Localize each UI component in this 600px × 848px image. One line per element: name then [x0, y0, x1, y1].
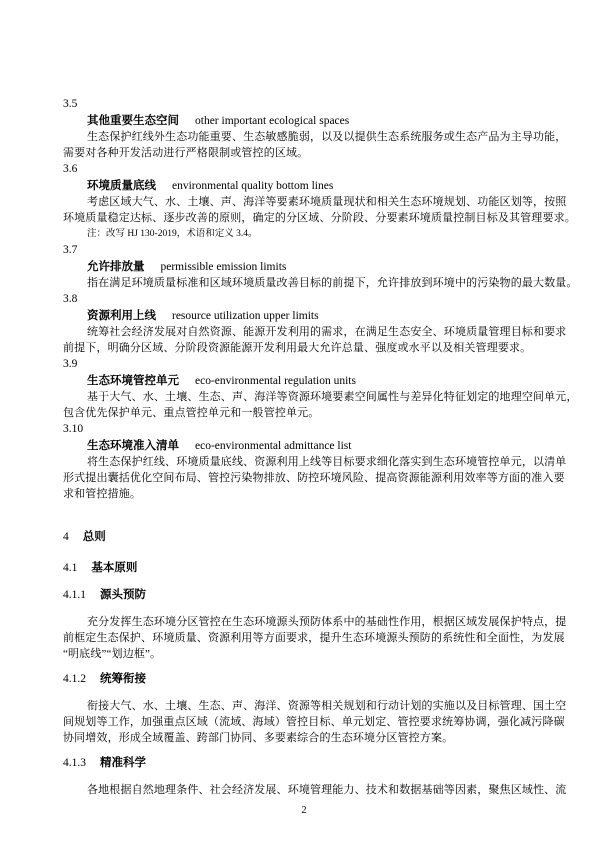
definition-line: 统筹社会经济发展对自然资源、能源开发利用的需求，在满足生态安全、环境质量管理目标…	[63, 324, 545, 340]
term-zh: 资源利用上线	[87, 310, 156, 322]
term-en: eco-environmental regulation units	[195, 375, 356, 387]
chapter-title: 总则	[83, 531, 106, 543]
section-title: 基本原则	[91, 562, 137, 574]
definition-line: 将生态保护红线、环境质量底线、资源利用上线等目标要求细化落实到生态环境管控单元，…	[63, 454, 545, 470]
subsection-heading: 4.1.1 源头预防	[63, 586, 545, 603]
term-zh: 生态环境准入清单	[87, 440, 179, 452]
clause-number: 3.8	[63, 291, 545, 307]
term-en: eco-environmental admittance list	[195, 440, 351, 452]
section-number: 4.1	[63, 562, 77, 574]
subsection-heading: 4.1.3 精准科学	[63, 754, 545, 771]
term-section-3-10: 3.10 生态环境准入清单 eco-environmental admittan…	[63, 421, 545, 502]
clause-number: 3.6	[63, 161, 545, 177]
definition-line: 基于大气、水、土壤、生态、声、海洋等资源环境要素空间属性与差异化特征划定的地理空…	[63, 389, 545, 405]
definition-line: 形式提出囊括优化空间布局、管控污染物排放、防控环境风险、提高资源能源利用效率等方…	[63, 470, 545, 486]
definition-line: 求和管控措施。	[63, 486, 545, 502]
subsection-title: 统筹衔接	[100, 673, 146, 685]
document-page: 3.5 其他重要生态空间 other important ecological …	[0, 0, 600, 848]
subsection-number: 4.1.2	[63, 673, 86, 685]
body-line: 前框定生态保护、环境质量、资源利用等方面要求，提升生态环境源头预防的系统性和全面…	[63, 630, 545, 646]
clause-number: 3.10	[63, 421, 545, 437]
definition-line: 指在满足环境质量标准和区域环境质量改善目标的前提下，允许排放到环境中的污染物的最…	[63, 275, 545, 291]
subsection-number: 4.1.1	[63, 589, 86, 601]
section-heading: 4.1 基本原则	[63, 559, 545, 576]
term-en: resource utilization upper limits	[172, 310, 319, 322]
term-section-3-5: 3.5 其他重要生态空间 other important ecological …	[63, 96, 545, 161]
chapter-heading: 4 总则	[63, 528, 545, 545]
definition-line: 包含优先保护单元、重点管控单元和一般管控单元。	[63, 405, 545, 421]
definition-line: 环境质量稳定达标、逐步改善的原则，确定的分区域、分阶段、分要素环境质量控制目标及…	[63, 210, 545, 226]
definition-line: 需要对各种开发活动进行严格限制或管控的区域。	[63, 145, 545, 161]
term-heading: 生态环境管控单元 eco-environmental regulation un…	[63, 372, 545, 389]
term-heading: 资源利用上线 resource utilization upper limits	[63, 307, 545, 324]
term-heading: 其他重要生态空间 other important ecological spac…	[63, 112, 545, 129]
page-number: 2	[63, 805, 545, 816]
term-en: permissible emission limits	[161, 261, 287, 273]
term-en: other important ecological spaces	[195, 115, 349, 127]
body-line: 充分发挥生态环境分区管控在生态环境源头预防体系中的基础性作用，根据区域发展保护特…	[63, 614, 545, 630]
body-line: 协同增效，形成全域覆盖、跨部门协同、多要素综合的生态环境分区管控方案。	[63, 730, 545, 746]
term-zh: 允许排放量	[87, 261, 145, 273]
term-heading: 允许排放量 permissible emission limits	[63, 258, 545, 275]
definition-line: 生态保护红线外生态功能重要、生态敏感脆弱，以及以提供生态系统服务或生态产品为主导…	[63, 129, 545, 145]
subsection-title: 精准科学	[100, 757, 146, 769]
subsection-body: 充分发挥生态环境分区管控在生态环境源头预防体系中的基础性作用，根据区域发展保护特…	[63, 614, 545, 662]
subsection-title: 源头预防	[100, 589, 146, 601]
term-zh: 生态环境管控单元	[87, 375, 179, 387]
subsection-body: 衔接大气、水、土壤、生态、声、海洋、资源等相关规划和行动计划的实施以及目标管理、…	[63, 698, 545, 746]
definition-line: 考虑区域大气、水、土壤、声、海洋等要素环境质量现状和相关生态环境规划、功能区划等…	[63, 194, 545, 210]
subsection-number: 4.1.3	[63, 757, 86, 769]
term-heading: 环境质量底线 environmental quality bottom line…	[63, 177, 545, 194]
term-section-3-8: 3.8 资源利用上线 resource utilization upper li…	[63, 291, 545, 356]
subsection-heading: 4.1.2 统筹衔接	[63, 670, 545, 687]
term-zh: 其他重要生态空间	[87, 115, 179, 127]
body-line: 各地根据自然地理条件、社会经济发展、环境管理能力、技术和数据基础等因素，聚焦区域…	[63, 782, 545, 798]
body-line: 间规划等工作，加强重点区域（流域、海域）管控目标、单元划定、管控要求统筹协调，强…	[63, 714, 545, 730]
subsection-body: 各地根据自然地理条件、社会经济发展、环境管理能力、技术和数据基础等因素，聚焦区域…	[63, 782, 545, 798]
term-section-3-9: 3.9 生态环境管控单元 eco-environmental regulatio…	[63, 356, 545, 421]
term-section-3-7: 3.7 允许排放量 permissible emission limits 指在…	[63, 242, 545, 291]
term-zh: 环境质量底线	[87, 180, 156, 192]
definition-line: 前提下，明确分区域、分阶段资源能源开发利用最大允许总量、强度或水平以及相关管理要…	[63, 340, 545, 356]
clause-number: 3.5	[63, 96, 545, 112]
term-en: environmental quality bottom lines	[172, 180, 333, 192]
clause-number: 3.9	[63, 356, 545, 372]
body-line: 衔接大气、水、土壤、生态、声、海洋、资源等相关规划和行动计划的实施以及目标管理、…	[63, 698, 545, 714]
chapter-number: 4	[63, 531, 69, 543]
note-line: 注：改写 HJ 130-2019，术语和定义 3.4。	[63, 226, 545, 242]
body-line: “明底线”“划边框”。	[63, 646, 545, 662]
term-section-3-6: 3.6 环境质量底线 environmental quality bottom …	[63, 161, 545, 242]
clause-number: 3.7	[63, 242, 545, 258]
term-heading: 生态环境准入清单 eco-environmental admittance li…	[63, 437, 545, 454]
